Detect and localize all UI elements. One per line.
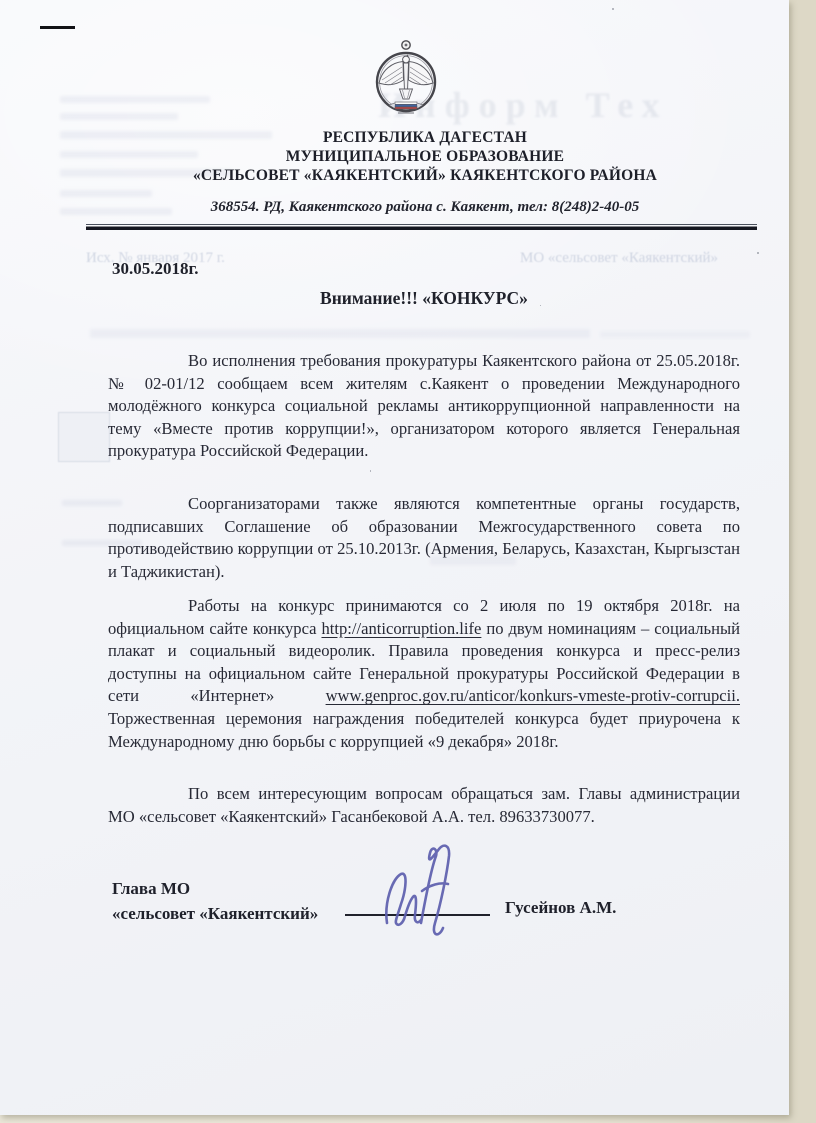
letterhead: РЕСПУБЛИКА ДАГЕСТАН МУНИЦИПАЛЬНОЕ ОБРАЗО… [60, 128, 790, 185]
signatory-name: Гусейнов А.М. [505, 898, 616, 918]
genproc-url: www.genproc.gov.ru/anticor/konkurs-vmest… [326, 686, 740, 705]
scan-mark-dash [40, 26, 75, 29]
letterhead-divider-rule [86, 224, 757, 230]
scan-speck [612, 8, 614, 10]
dagestan-coat-of-arms-icon [368, 36, 444, 120]
scanned-letter-page: Информ Тех Исх. № января 2017 г. МО «сел… [0, 0, 789, 1115]
bleedthrough-ref-right: МО «сельсовет «Каякентский» [520, 250, 718, 267]
contest-site-url: http://anticorruption.life [321, 619, 481, 638]
bleedthrough-line [60, 96, 210, 103]
scan-speck [370, 470, 371, 472]
paragraph-coorganizers: Соорганизаторами также являются компетен… [108, 493, 740, 583]
signatory-role: Глава МО «сельсовет «Каякентский» [112, 876, 318, 926]
bleedthrough-line [60, 113, 178, 120]
document-date: 30.05.2018г. [112, 259, 199, 279]
bleedthrough-table-box [58, 412, 110, 462]
scan-speck [757, 252, 759, 254]
letterhead-address: 368554. РД, Каякентского района с. Каяке… [60, 199, 790, 216]
letterhead-line-municipality: МУНИЦИПАЛЬНОЕ ОБРАЗОВАНИЕ [60, 147, 790, 166]
paragraph-submission-info: Работы на конкурс принимаются со 2 июля … [108, 595, 740, 753]
paragraph-text: Торжественная церемония награждения побе… [108, 709, 740, 751]
bleedthrough-line [90, 329, 590, 338]
letterhead-line-republic: РЕСПУБЛИКА ДАГЕСТАН [60, 128, 790, 147]
bleedthrough-line [600, 331, 750, 338]
bleedthrough-line [60, 190, 152, 197]
handwritten-signature [335, 833, 495, 938]
letterhead-line-selsovet: «СЕЛЬСОВЕТ «КАЯКЕНТСКИЙ» КАЯКЕНТСКОГО РА… [60, 166, 790, 185]
paragraph-contact-info: По всем интересующим вопросам обращаться… [108, 783, 740, 828]
document-title: Внимание!!! «КОНКУРС» [108, 288, 740, 309]
paragraph-announcement: Во исполнения требования прокуратуры Кая… [108, 350, 740, 463]
